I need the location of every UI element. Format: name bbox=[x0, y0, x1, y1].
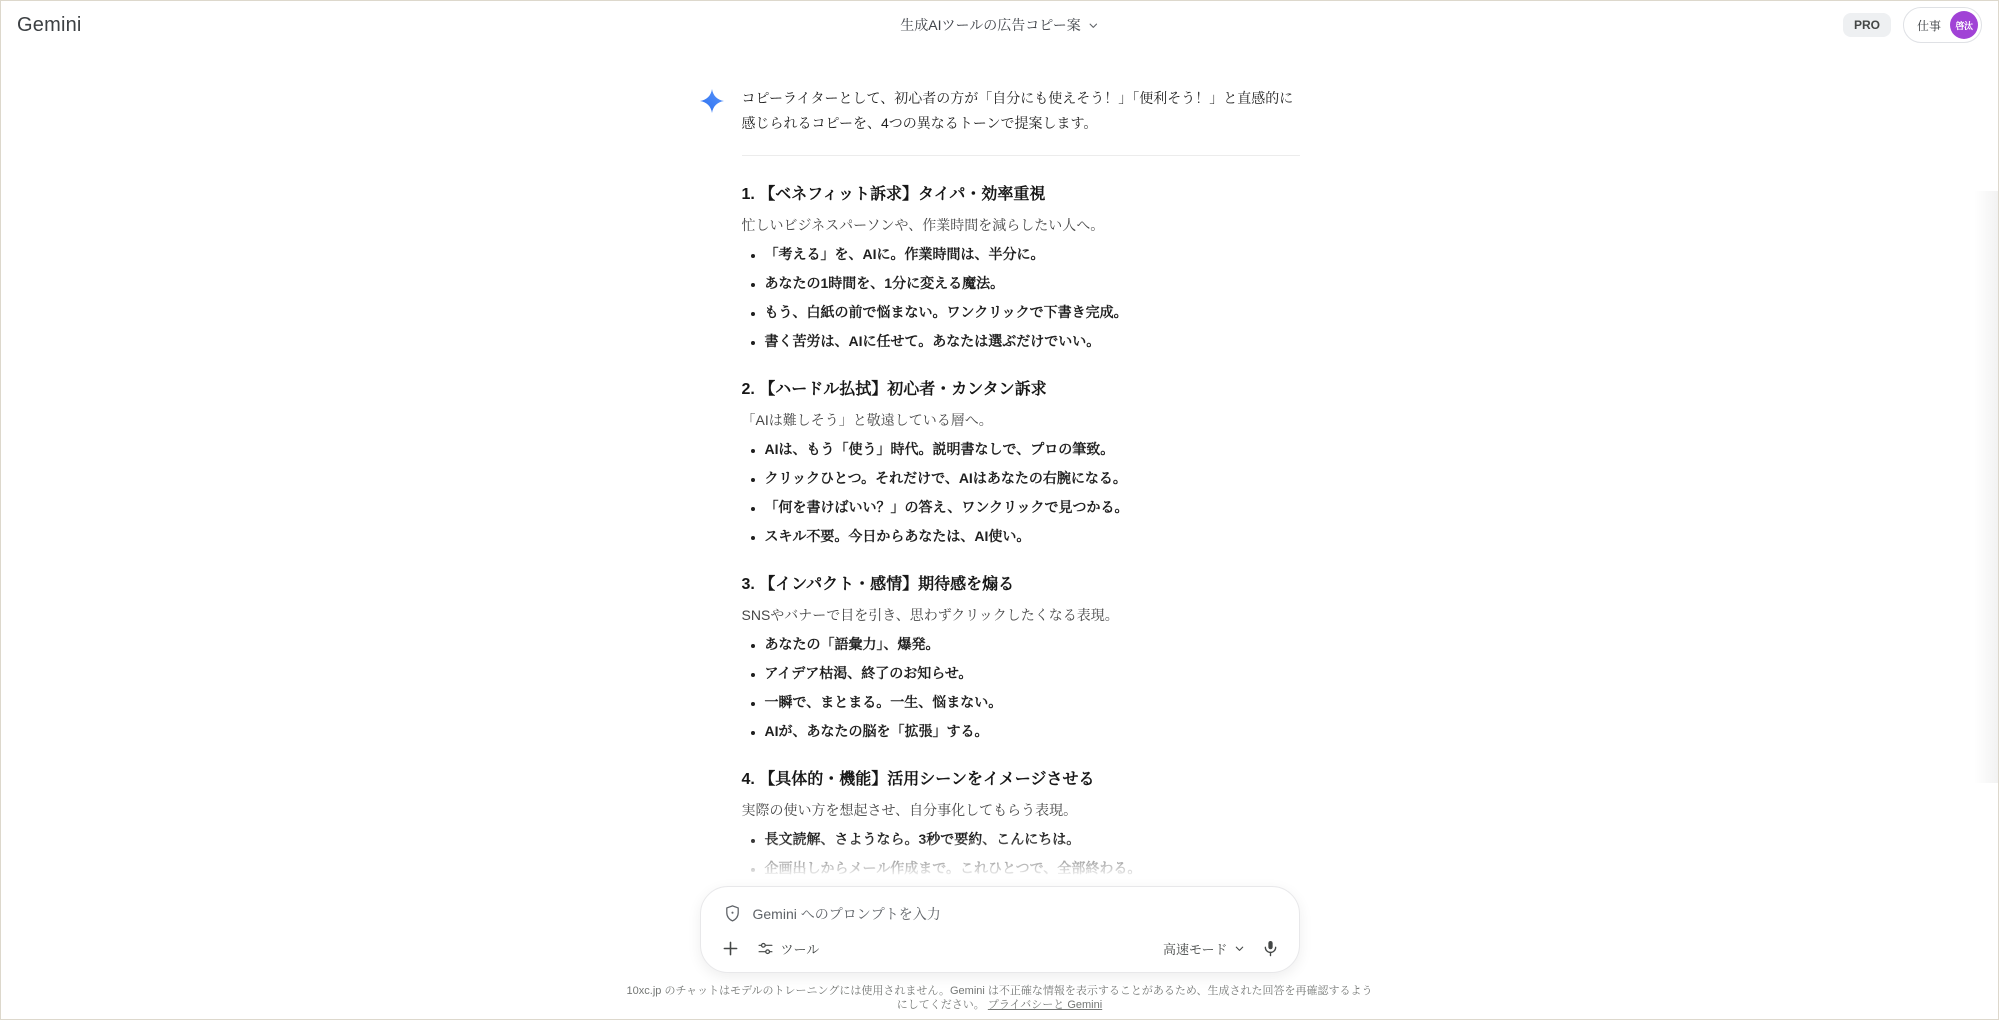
copy-section: 2. 【ハードル払拭】初心者・カンタン訴求 「AIは難しそう」と敬遠している層へ… bbox=[742, 379, 1300, 546]
bullet-list: AIは、もう「使う」時代。説明書なしで、プロの筆致。クリックひとつ。それだけで、… bbox=[742, 439, 1300, 546]
gemini-sparkle-icon bbox=[700, 86, 726, 916]
prompt-row bbox=[720, 904, 1280, 923]
list-item: アイデア枯渇、終了のお知らせ。 bbox=[765, 663, 1300, 683]
privacy-link[interactable]: プライバシーと Gemini bbox=[988, 999, 1102, 1011]
list-item: クリックひとつ。それだけで、AIはあなたの右腕になる。 bbox=[765, 468, 1300, 488]
top-bar: Gemini 生成AIツールの広告コピー案 PRO 仕事 啓汰 bbox=[1, 1, 1998, 49]
list-item: AIが、あなたの脳を「拡張」する。 bbox=[765, 721, 1300, 741]
bullet-list: あなたの「語彙力」、爆発。アイデア枯渇、終了のお知らせ。一瞬で、まとまる。一生、… bbox=[742, 634, 1300, 741]
mic-button[interactable] bbox=[1261, 939, 1280, 958]
section-heading: 4. 【具体的・機能】活用シーンをイメージさせる bbox=[742, 769, 1300, 791]
pro-badge: PRO bbox=[1843, 13, 1891, 37]
disclaimer: 10xc.jp のチャットはモデルのトレーニングには使用されません。Gemini… bbox=[1, 984, 1998, 1012]
list-item: スキル不要。今日からあなたは、AI使い。 bbox=[765, 526, 1300, 546]
gemini-app: Gemini 生成AIツールの広告コピー案 PRO 仕事 啓汰 bbox=[0, 0, 1999, 1020]
list-item: 書く苦労は、AIに任せて。あなたは選ぶだけでいい。 bbox=[765, 331, 1300, 351]
list-item: AIは、もう「使う」時代。説明書なしで、プロの筆致。 bbox=[765, 439, 1300, 459]
copy-section: 3. 【インパクト・感情】期待感を煽る SNSやバナーで目を引き、思わずクリック… bbox=[742, 574, 1300, 741]
avatar[interactable]: 啓汰 bbox=[1950, 11, 1978, 39]
tune-icon bbox=[757, 940, 774, 957]
model-response: コピーライターとして、初心者の方が「自分にも使えそう！」「便利そう！」と直感的に… bbox=[700, 86, 1300, 916]
section-subtitle: 実際の使い方を想起させ、自分事化してもらう表現。 bbox=[742, 800, 1300, 820]
gemini-logo[interactable]: Gemini bbox=[17, 14, 82, 37]
section-heading: 1. 【ベネフィット訴求】タイパ・効率重視 bbox=[742, 184, 1300, 206]
sections: 1. 【ベネフィット訴求】タイパ・効率重視 忙しいビジネスパーソンや、作業時間を… bbox=[742, 184, 1300, 907]
section-subtitle: 「AIは難しそう」と敬遠している層へ。 bbox=[742, 410, 1300, 430]
topbar-right: PRO 仕事 啓汰 bbox=[1843, 7, 1982, 43]
mode-label: 高速モード bbox=[1163, 939, 1227, 958]
copy-section: 1. 【ベネフィット訴求】タイパ・効率重視 忙しいビジネスパーソンや、作業時間を… bbox=[742, 184, 1300, 351]
list-item: 「考える」を、AIに。作業時間は、半分に。 bbox=[765, 244, 1300, 264]
mode-selector[interactable]: 高速モード bbox=[1163, 939, 1244, 958]
scrollbar[interactable] bbox=[1974, 191, 1998, 783]
composer-toolbar: ツール 高速モード bbox=[720, 938, 1280, 959]
disclaimer-line2: にしてください。 bbox=[897, 999, 985, 1011]
section-subtitle: 忙しいビジネスパーソンや、作業時間を減らしたい人へ。 bbox=[742, 215, 1300, 235]
disclaimer-line1: 10xc.jp のチャットはモデルのトレーニングには使用されません。Gemini… bbox=[627, 985, 1373, 997]
list-item: もう、白紙の前で悩まない。ワンクリックで下書き完成。 bbox=[765, 302, 1300, 322]
list-item: 一瞬で、まとまる。一生、悩まない。 bbox=[765, 692, 1300, 712]
response-intro: コピーライターとして、初心者の方が「自分にも使えそう！」「便利そう！」と直感的に… bbox=[742, 86, 1300, 136]
chat-scroll-area: コピーライターとして、初心者の方が「自分にも使えそう！」「便利そう！」と直感的に… bbox=[1, 49, 1998, 1019]
microphone-icon bbox=[1261, 939, 1280, 958]
tools-label: ツール bbox=[781, 939, 820, 958]
composer-area: ツール 高速モード 10xc.jp のチャットは bbox=[1, 878, 1998, 1019]
list-item: あなたの1時間を、1分に変える魔法。 bbox=[765, 273, 1300, 293]
conversation-title: 生成AIツールの広告コピー案 bbox=[900, 15, 1080, 35]
conversation-title-menu[interactable]: 生成AIツールの広告コピー案 bbox=[900, 15, 1098, 35]
list-item: 長文読解、さようなら。3秒で要約、こんにちは。 bbox=[765, 829, 1300, 849]
plus-icon bbox=[720, 938, 741, 959]
bullet-list: 「考える」を、AIに。作業時間は、半分に。あなたの1時間を、1分に変える魔法。も… bbox=[742, 244, 1300, 351]
section-subtitle: SNSやバナーで目を引き、思わずクリックしたくなる表現。 bbox=[742, 605, 1300, 625]
chevron-down-icon bbox=[1234, 943, 1245, 954]
divider bbox=[742, 155, 1300, 156]
response-content: コピーライターとして、初心者の方が「自分にも使えそう！」「便利そう！」と直感的に… bbox=[742, 86, 1300, 916]
list-item: 企画出しからメール作成まで。これひとつで、全部終わる。 bbox=[765, 858, 1300, 878]
account-pill[interactable]: 仕事 啓汰 bbox=[1903, 7, 1982, 43]
list-item: あなたの「語彙力」、爆発。 bbox=[765, 634, 1300, 654]
chevron-down-icon bbox=[1088, 20, 1099, 31]
section-heading: 2. 【ハードル払拭】初心者・カンタン訴求 bbox=[742, 379, 1300, 401]
tools-button[interactable]: ツール bbox=[757, 939, 820, 958]
workspace-label: 仕事 bbox=[1917, 17, 1941, 34]
add-button[interactable] bbox=[720, 938, 741, 959]
list-item: 「何を書けばいい？」の答え、ワンクリックで見つかる。 bbox=[765, 497, 1300, 517]
prompt-input[interactable] bbox=[751, 905, 1277, 923]
section-heading: 3. 【インパクト・感情】期待感を煽る bbox=[742, 574, 1300, 596]
shield-icon bbox=[723, 904, 742, 923]
prompt-composer[interactable]: ツール 高速モード bbox=[700, 886, 1300, 973]
